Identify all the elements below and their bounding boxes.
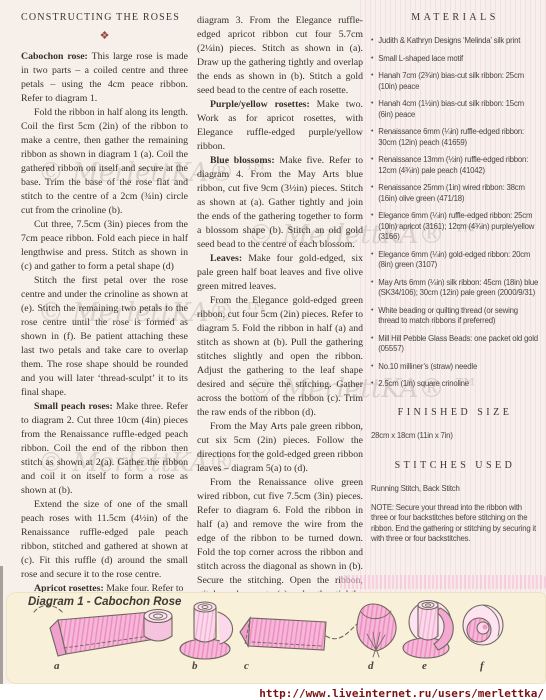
paragraph-lead: Blue blossoms:	[210, 155, 279, 166]
figure-c-folded-petal-piece	[240, 618, 362, 650]
bullet-icon: •	[371, 99, 373, 120]
paragraph-lead: Cabochon rose:	[21, 51, 92, 62]
paragraph: Cabochon rose:This large rose is made in…	[21, 50, 188, 106]
left-column: CONSTRUCTING THE ROSES ❖ Cabochon rose:T…	[21, 10, 188, 596]
paragraph: Cut three, 7.5cm (3in) pieces from the 7…	[21, 218, 188, 274]
sidebar-column: MATERIALS •Judith & Kathryn Designs ‘Mel…	[371, 12, 539, 549]
middle-column: diagram 3. From the Elegance ruffle-edge…	[197, 14, 363, 616]
bullet-icon: •	[371, 362, 373, 373]
paragraph: From the Elegance gold-edged green ribbo…	[197, 294, 363, 420]
material-item: •Renaissance 6mm (¼in) ruffle-edged ribb…	[371, 127, 539, 148]
bullet-icon: •	[371, 334, 373, 355]
paragraph-text: Fold the ribbon in half along its length…	[21, 107, 188, 216]
bullet-icon: •	[371, 155, 373, 176]
stitches-value: Running Stitch, Back Stitch	[371, 484, 539, 495]
material-item: •White beading or quilting thread (or se…	[371, 306, 539, 327]
bullet-icon: •	[371, 127, 373, 148]
material-text: Hanah 7cm (2¾in) bias-cut silk ribbon: 2…	[378, 71, 539, 92]
bullet-icon: •	[371, 71, 373, 92]
figure-label-b: b	[192, 660, 198, 672]
material-text: Hanah 4cm (1½in) bias-cut silk ribbon: 1…	[378, 99, 539, 120]
material-item: •2.5cm (1in) square crinoline	[371, 379, 539, 390]
diagram-panel: Diagram 1 - Cabochon Rose a b c d e f	[6, 592, 546, 684]
diagram-title: Diagram 1 - Cabochon Rose	[28, 596, 181, 608]
figure-label-e: e	[422, 660, 427, 672]
paragraph-lead: Small peach roses:	[34, 401, 116, 412]
material-item: •Elegance 6mm (¼in) gold-edged ribbon: 2…	[371, 250, 539, 271]
paragraph-lead: Leaves:	[210, 253, 248, 264]
bullet-icon: •	[371, 183, 373, 204]
stitches-used-heading: STITCHES USED	[371, 460, 539, 471]
material-item: •Hanah 4cm (1½in) bias-cut silk ribbon: …	[371, 99, 539, 120]
figure-e-petal-round-centre	[403, 601, 453, 659]
material-item: •May Arts 6mm (¼in) silk ribbon: 45cm (1…	[371, 278, 539, 299]
paragraph: Small peach roses:Make three. Refer to d…	[21, 400, 188, 498]
paragraph: Fold the ribbon in half along its length…	[21, 106, 188, 218]
page-title: CONSTRUCTING THE ROSES	[21, 12, 188, 23]
material-item: •Judith & Kathryn Designs ‘Melinda’ silk…	[371, 36, 539, 47]
material-text: Renaissance 25mm (1in) wired ribbon: 38c…	[378, 183, 539, 204]
material-text: No.10 milliner’s (straw) needle	[378, 362, 477, 373]
paragraph-text: Stitch the first petal over the rose cen…	[21, 275, 188, 398]
paragraph-text: Extend the size of one of the small peac…	[21, 499, 188, 580]
paragraph-text: Cut three, 7.5cm (3in) pieces from the 7…	[21, 219, 188, 272]
material-text: White beading or quilting thread (or sew…	[378, 306, 539, 327]
material-text: Small L-shaped lace motif	[378, 54, 463, 65]
material-text: Renaissance 13mm (½in) ruffle-edged ribb…	[378, 155, 539, 176]
paragraph-text: Make three. Refer to diagram 2. Cut thre…	[21, 401, 188, 496]
figure-label-d: d	[368, 660, 374, 672]
paragraph: Extend the size of one of the small peac…	[21, 498, 188, 582]
bullet-icon: •	[371, 278, 373, 299]
material-item: •Renaissance 25mm (1in) wired ribbon: 38…	[371, 183, 539, 204]
figure-b-coiled-centre	[180, 602, 233, 659]
paragraph-text: From the May Arts pale green ribbon, cut…	[197, 421, 363, 474]
finished-size-heading: FINISHED SIZE	[371, 407, 539, 418]
note-text: NOTE: Secure your thread into the ribbon…	[371, 503, 539, 545]
bullet-icon: •	[371, 306, 373, 327]
bullet-icon: •	[371, 379, 373, 390]
paragraph: Blue blossoms:Make five. Refer to diagra…	[197, 154, 363, 252]
material-item: •Mill Hill Pebble Glass Beads: one packe…	[371, 334, 539, 355]
bullet-icon: •	[371, 250, 373, 271]
bullet-icon: •	[371, 54, 373, 65]
figure-d-gathered-petal	[357, 604, 396, 657]
material-item: •Small L-shaped lace motif	[371, 54, 539, 65]
material-item: •Elegance 6mm (¼in) ruffle-edged ribbon:…	[371, 211, 539, 243]
figure-f-finished-rose	[463, 605, 503, 645]
source-url-watermark: http://www.liveinternet.ru/users/merlett…	[259, 687, 546, 700]
material-text: Elegance 6mm (¼in) gold-edged ribbon: 20…	[378, 250, 539, 271]
material-text: Renaissance 6mm (¼in) ruffle-edged ribbo…	[378, 127, 539, 148]
bullet-icon: •	[371, 211, 373, 243]
material-text: Elegance 6mm (¼in) ruffle-edged ribbon: …	[378, 211, 539, 243]
material-text: May Arts 6mm (¼in) silk ribbon: 45cm (18…	[378, 278, 539, 299]
paragraph-text: Make five. Refer to diagram 4. From the …	[197, 155, 363, 250]
paragraph-text: diagram 3. From the Elegance ruffle-edge…	[197, 15, 363, 96]
figure-label-f: f	[480, 660, 484, 672]
material-item: •Renaissance 13mm (½in) ruffle-edged rib…	[371, 155, 539, 176]
material-text: Judith & Kathryn Designs ‘Melinda’ silk …	[378, 36, 520, 47]
paragraph: Leaves:Make four gold-edged, six pale gr…	[197, 252, 363, 294]
material-item: •No.10 milliner’s (straw) needle	[371, 362, 539, 373]
scan-pink-artifact	[340, 575, 546, 589]
figure-label-c: c	[244, 660, 249, 672]
paragraph: From the May Arts pale green ribbon, cut…	[197, 420, 363, 476]
scan-edge-shadow	[0, 566, 3, 700]
footer-strip: http://www.liveinternet.ru/users/merlett…	[0, 684, 546, 700]
scanned-book-page: © MerlettKA® ™ © MerlettKA® ™ © MerlettK…	[0, 0, 546, 700]
paragraph: Purple/yellow rosettes:Make two. Work as…	[197, 98, 363, 154]
paragraph: Stitch the first petal over the rose cen…	[21, 274, 188, 400]
diamond-ornament-icon: ❖	[21, 29, 188, 42]
material-text: 2.5cm (1in) square crinoline	[378, 379, 469, 390]
paragraph: diagram 3. From the Elegance ruffle-edge…	[197, 14, 363, 98]
paragraph-text: From the Elegance gold-edged green ribbo…	[197, 295, 363, 418]
figure-a-gathered-ribbon	[34, 605, 172, 656]
bullet-icon: •	[371, 36, 373, 47]
material-item: •Hanah 7cm (2¾in) bias-cut silk ribbon: …	[371, 71, 539, 92]
figure-label-a: a	[54, 660, 60, 672]
material-text: Mill Hill Pebble Glass Beads: one packet…	[378, 334, 539, 355]
materials-heading: MATERIALS	[371, 12, 539, 23]
finished-size-value: 28cm x 18cm (11in x 7in)	[371, 431, 539, 442]
paragraph-lead: Purple/yellow rosettes:	[210, 99, 317, 110]
